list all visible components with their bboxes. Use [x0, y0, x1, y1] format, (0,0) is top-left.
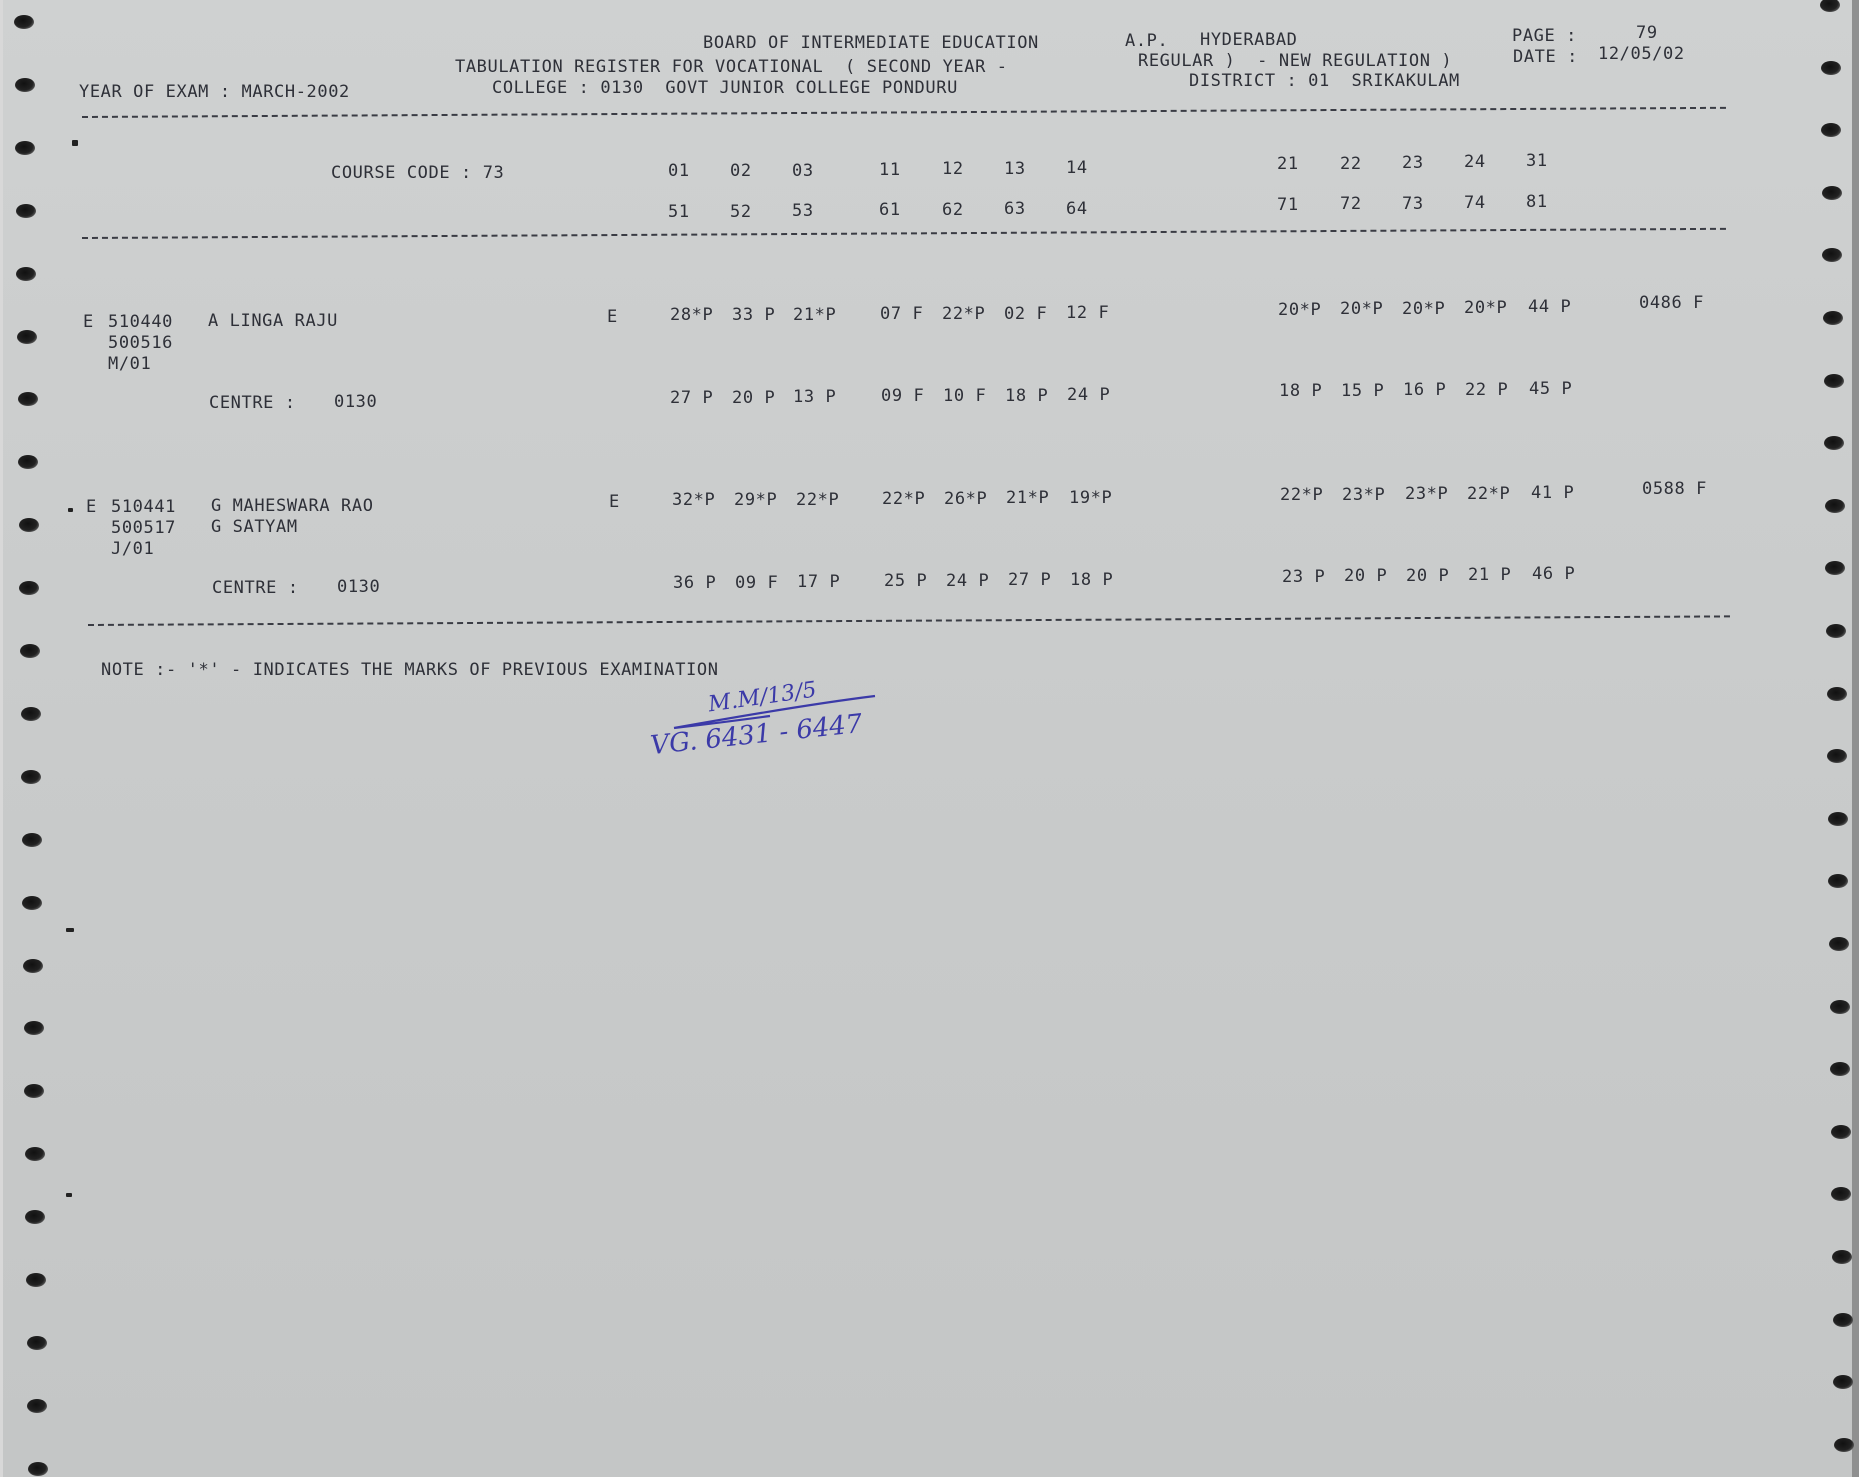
registration-number: 500516 [108, 333, 173, 353]
tractor-hole [1828, 812, 1848, 826]
tractor-hole [1824, 436, 1844, 450]
father-name: G SATYAM [211, 517, 298, 537]
paper-left-edge [0, 0, 3, 1477]
tractor-hole [15, 141, 35, 155]
tractor-hole [1821, 123, 1841, 137]
tractor-hole [18, 455, 38, 469]
report-date: 12/05/02 [1598, 44, 1685, 64]
mark-cell: 46 P [1532, 564, 1575, 584]
tractor-hole [1825, 561, 1845, 575]
tractor-hole [25, 1210, 45, 1224]
category: J/01 [111, 539, 154, 559]
tractor-hole [1827, 749, 1847, 763]
mark-cell: 15 P [1341, 381, 1384, 401]
tractor-hole [1821, 61, 1841, 75]
state-label: A.P. [1125, 31, 1168, 51]
student-name: A LINGA RAJU [208, 311, 338, 331]
mark-cell: 12 F [1066, 303, 1109, 323]
tractor-hole [16, 267, 36, 281]
records-divider [88, 615, 1730, 626]
subject-code: 03 [792, 161, 814, 181]
district-info: DISTRICT : 01 SRIKAKULAM [1189, 71, 1460, 91]
subject-code: 63 [1004, 199, 1026, 219]
roll-number: 510440 [108, 312, 173, 332]
centre-label: CENTRE : [212, 578, 299, 598]
centre-code: 0130 [334, 392, 377, 412]
footnote: NOTE :- '*' - INDICATES THE MARKS OF PRE… [101, 660, 719, 680]
tractor-hole [1829, 937, 1849, 951]
mark-cell: 29*P [734, 490, 777, 510]
mark-cell: 09 F [735, 573, 778, 593]
mark-cell: 33 P [732, 305, 775, 325]
medium: E [607, 307, 618, 327]
mark-cell: 18 P [1279, 381, 1322, 401]
tractor-hole [24, 1084, 44, 1098]
mark-cell: 21*P [1006, 488, 1049, 508]
tractor-hole [15, 78, 35, 92]
tractor-hole [21, 770, 41, 784]
mark-cell: 19*P [1069, 488, 1112, 508]
mark-cell: 07 F [880, 304, 923, 324]
tractor-hole [1831, 1187, 1851, 1201]
subject-code: 73 [1402, 194, 1424, 214]
tractor-hole [19, 518, 39, 532]
mark-cell: 28*P [670, 305, 713, 325]
tractor-hole [25, 1147, 45, 1161]
medium: E [609, 492, 620, 512]
tractor-hole [23, 959, 43, 973]
mark-cell: 24 P [1067, 385, 1110, 405]
mark-cell: 13 P [793, 387, 836, 407]
mark-cell: 45 P [1529, 379, 1572, 399]
subject-code: 11 [879, 160, 901, 180]
mark-cell: 20*P [1402, 299, 1445, 319]
tractor-hole [20, 644, 40, 658]
tractor-hole [22, 833, 42, 847]
subject-code: 61 [879, 200, 901, 220]
tractor-hole [1823, 311, 1843, 325]
tractor-hole [1825, 499, 1845, 513]
subject-code: 71 [1277, 195, 1299, 215]
page-number: 79 [1636, 23, 1658, 43]
paper-right-edge [1852, 0, 1859, 1477]
tractor-hole [17, 330, 37, 344]
tractor-hole [28, 1462, 48, 1476]
mark-cell: 41 P [1531, 483, 1574, 503]
mark-cell: 27 P [670, 388, 713, 408]
tractor-hole [1826, 624, 1846, 638]
tractor-hole [18, 392, 38, 406]
subject-code: 13 [1004, 159, 1026, 179]
subject-code: 02 [730, 161, 752, 181]
subject-code: 31 [1526, 151, 1548, 171]
subject-code: 12 [942, 159, 964, 179]
register-type: REGULAR ) - NEW REGULATION ) [1138, 51, 1452, 71]
subject-code: 51 [668, 202, 690, 222]
mark-cell: 44 P [1528, 297, 1571, 317]
mark-cell: 21*P [793, 305, 836, 325]
subject-code: 23 [1402, 153, 1424, 173]
mark-cell: 20*P [1278, 300, 1321, 320]
mark-cell: 18 P [1070, 570, 1113, 590]
subject-code: 24 [1464, 152, 1486, 172]
mark-cell: 23 P [1282, 567, 1325, 587]
subject-code: 81 [1526, 192, 1548, 212]
subject-code: 21 [1277, 154, 1299, 174]
mark-cell: 17 P [797, 572, 840, 592]
student-flag: E [86, 497, 97, 517]
student-flag: E [83, 312, 94, 332]
category: M/01 [108, 354, 151, 374]
subject-code: 62 [942, 200, 964, 220]
subject-code: 64 [1066, 199, 1088, 219]
subject-code: 14 [1066, 158, 1088, 178]
tractor-hole [27, 1399, 47, 1413]
total-marks: 0486 F [1639, 293, 1704, 313]
mark-cell: 23*P [1342, 485, 1385, 505]
mark-cell: 22*P [1280, 485, 1323, 505]
tractor-hole [16, 204, 36, 218]
tractor-hole [1830, 1062, 1850, 1076]
tractor-hole [1820, 0, 1840, 12]
total-marks: 0588 F [1642, 479, 1707, 499]
subject-code: 72 [1340, 194, 1362, 214]
tractor-hole [1833, 1375, 1853, 1389]
tractor-hole [1822, 186, 1842, 200]
mark-cell: 20 P [1406, 566, 1449, 586]
mark-cell: 20*P [1340, 299, 1383, 319]
date-label: DATE : [1513, 47, 1578, 67]
ink-speck [68, 508, 73, 512]
mark-cell: 21 P [1468, 565, 1511, 585]
subject-header-divider [82, 228, 1726, 239]
college-info: COLLEGE : 0130 GOVT JUNIOR COLLEGE PONDU… [492, 78, 958, 98]
mark-cell: 23*P [1405, 484, 1448, 504]
mark-cell: 24 P [946, 571, 989, 591]
tractor-hole [1824, 374, 1844, 388]
mark-cell: 25 P [884, 571, 927, 591]
year-of-exam: YEAR OF EXAM : MARCH-2002 [79, 82, 350, 102]
tractor-hole [1830, 1000, 1850, 1014]
mark-cell: 22*P [796, 490, 839, 510]
tractor-hole [1827, 687, 1847, 701]
centre-label: CENTRE : [209, 393, 296, 413]
mark-cell: 20*P [1464, 298, 1507, 318]
tractor-hole [19, 581, 39, 595]
mark-cell: 36 P [673, 573, 716, 593]
subject-code: 01 [668, 161, 690, 181]
tractor-hole [21, 707, 41, 721]
mark-cell: 22*P [942, 304, 985, 324]
mark-cell: 02 F [1004, 304, 1047, 324]
mark-cell: 20 P [732, 388, 775, 408]
header-divider [82, 107, 1726, 118]
subject-code: 22 [1340, 154, 1362, 174]
mark-cell: 09 F [881, 386, 924, 406]
subject-code: 74 [1464, 193, 1486, 213]
mark-cell: 27 P [1008, 570, 1051, 590]
mark-cell: 22*P [1467, 484, 1510, 504]
subject-code: 53 [792, 201, 814, 221]
tractor-hole [1833, 1313, 1853, 1327]
mark-cell: 16 P [1403, 380, 1446, 400]
roll-number: 510441 [111, 497, 176, 517]
mark-cell: 32*P [672, 490, 715, 510]
ink-speck [72, 140, 78, 146]
page-label: PAGE : [1512, 26, 1577, 46]
tractor-hole [24, 1021, 44, 1035]
mark-cell: 22 P [1465, 380, 1508, 400]
tractor-hole [26, 1273, 46, 1287]
tractor-hole [14, 15, 34, 29]
subject-code: 52 [730, 202, 752, 222]
student-name: G MAHESWARA RAO [211, 496, 374, 516]
mark-cell: 26*P [944, 489, 987, 509]
city-label: HYDERABAD [1200, 30, 1298, 50]
tractor-hole [22, 896, 42, 910]
board-title: BOARD OF INTERMEDIATE EDUCATION [703, 33, 1039, 53]
mark-cell: 18 P [1005, 386, 1048, 406]
ink-speck [66, 1193, 72, 1197]
centre-code: 0130 [337, 577, 380, 597]
tractor-hole [1831, 1125, 1851, 1139]
mark-cell: 10 F [943, 386, 986, 406]
course-code: COURSE CODE : 73 [331, 163, 504, 183]
tractor-hole [27, 1336, 47, 1350]
mark-cell: 22*P [882, 489, 925, 509]
registration-number: 500517 [111, 518, 176, 538]
tractor-hole [1832, 1250, 1852, 1264]
register-title: TABULATION REGISTER FOR VOCATIONAL ( SEC… [455, 57, 1008, 77]
mark-cell: 20 P [1344, 566, 1387, 586]
ink-speck [66, 928, 74, 932]
tractor-hole [1834, 1438, 1854, 1452]
tractor-hole [1822, 248, 1842, 262]
tractor-hole [1828, 874, 1848, 888]
